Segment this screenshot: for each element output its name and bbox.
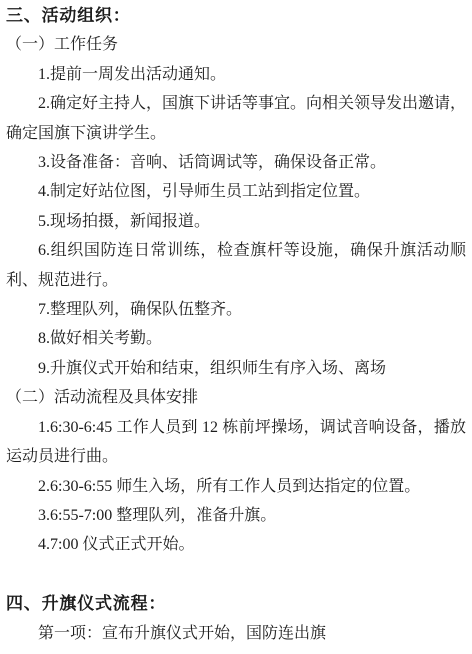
- body-paragraph: 8.做好相关考勤。: [6, 324, 466, 353]
- section-heading: 三、活动组织：: [6, 1, 466, 30]
- body-paragraph: 6.组织国防连日常训练，检查旗杆等设施，确保升旗活动顺利、规范进行。: [6, 236, 466, 295]
- section-heading: 四、升旗仪式流程：: [6, 589, 466, 618]
- blank-line: [6, 560, 466, 589]
- body-paragraph: 9.升旗仪式开始和结束，组织师生有序入场、离场: [6, 354, 466, 383]
- body-paragraph: 1.提前一周发出活动通知。: [6, 60, 466, 89]
- body-paragraph: 4.7:00 仪式正式开始。: [6, 530, 466, 559]
- document-page: 三、活动组织：（一）工作任务1.提前一周发出活动通知。2.确定好主持人，国旗下讲…: [0, 0, 472, 654]
- document-body: 三、活动组织：（一）工作任务1.提前一周发出活动通知。2.确定好主持人，国旗下讲…: [6, 1, 466, 648]
- body-paragraph: 4.制定好站位图，引导师生员工站到指定位置。: [6, 177, 466, 206]
- body-paragraph: 7.整理队列，确保队伍整齐。: [6, 295, 466, 324]
- body-paragraph: 2.确定好主持人，国旗下讲话等事宜。向相关领导发出邀请，确定国旗下演讲学生。: [6, 89, 466, 148]
- body-paragraph: 3.设备准备：音响、话筒调试等，确保设备正常。: [6, 148, 466, 177]
- body-paragraph: 5.现场拍摄，新闻报道。: [6, 207, 466, 236]
- sub-heading: （一）工作任务: [6, 30, 466, 59]
- body-paragraph: 1.6:30-6:45 工作人员到 12 栋前坪操场，调试音响设备，播放运动员进…: [6, 413, 466, 472]
- body-paragraph: 第一项：宣布升旗仪式开始，国防连出旗: [6, 619, 466, 648]
- body-paragraph: 3.6:55-7:00 整理队列，准备升旗。: [6, 501, 466, 530]
- sub-heading: （二）活动流程及具体安排: [6, 383, 466, 412]
- body-paragraph: 2.6:30-6:55 师生入场，所有工作人员到达指定的位置。: [6, 472, 466, 501]
